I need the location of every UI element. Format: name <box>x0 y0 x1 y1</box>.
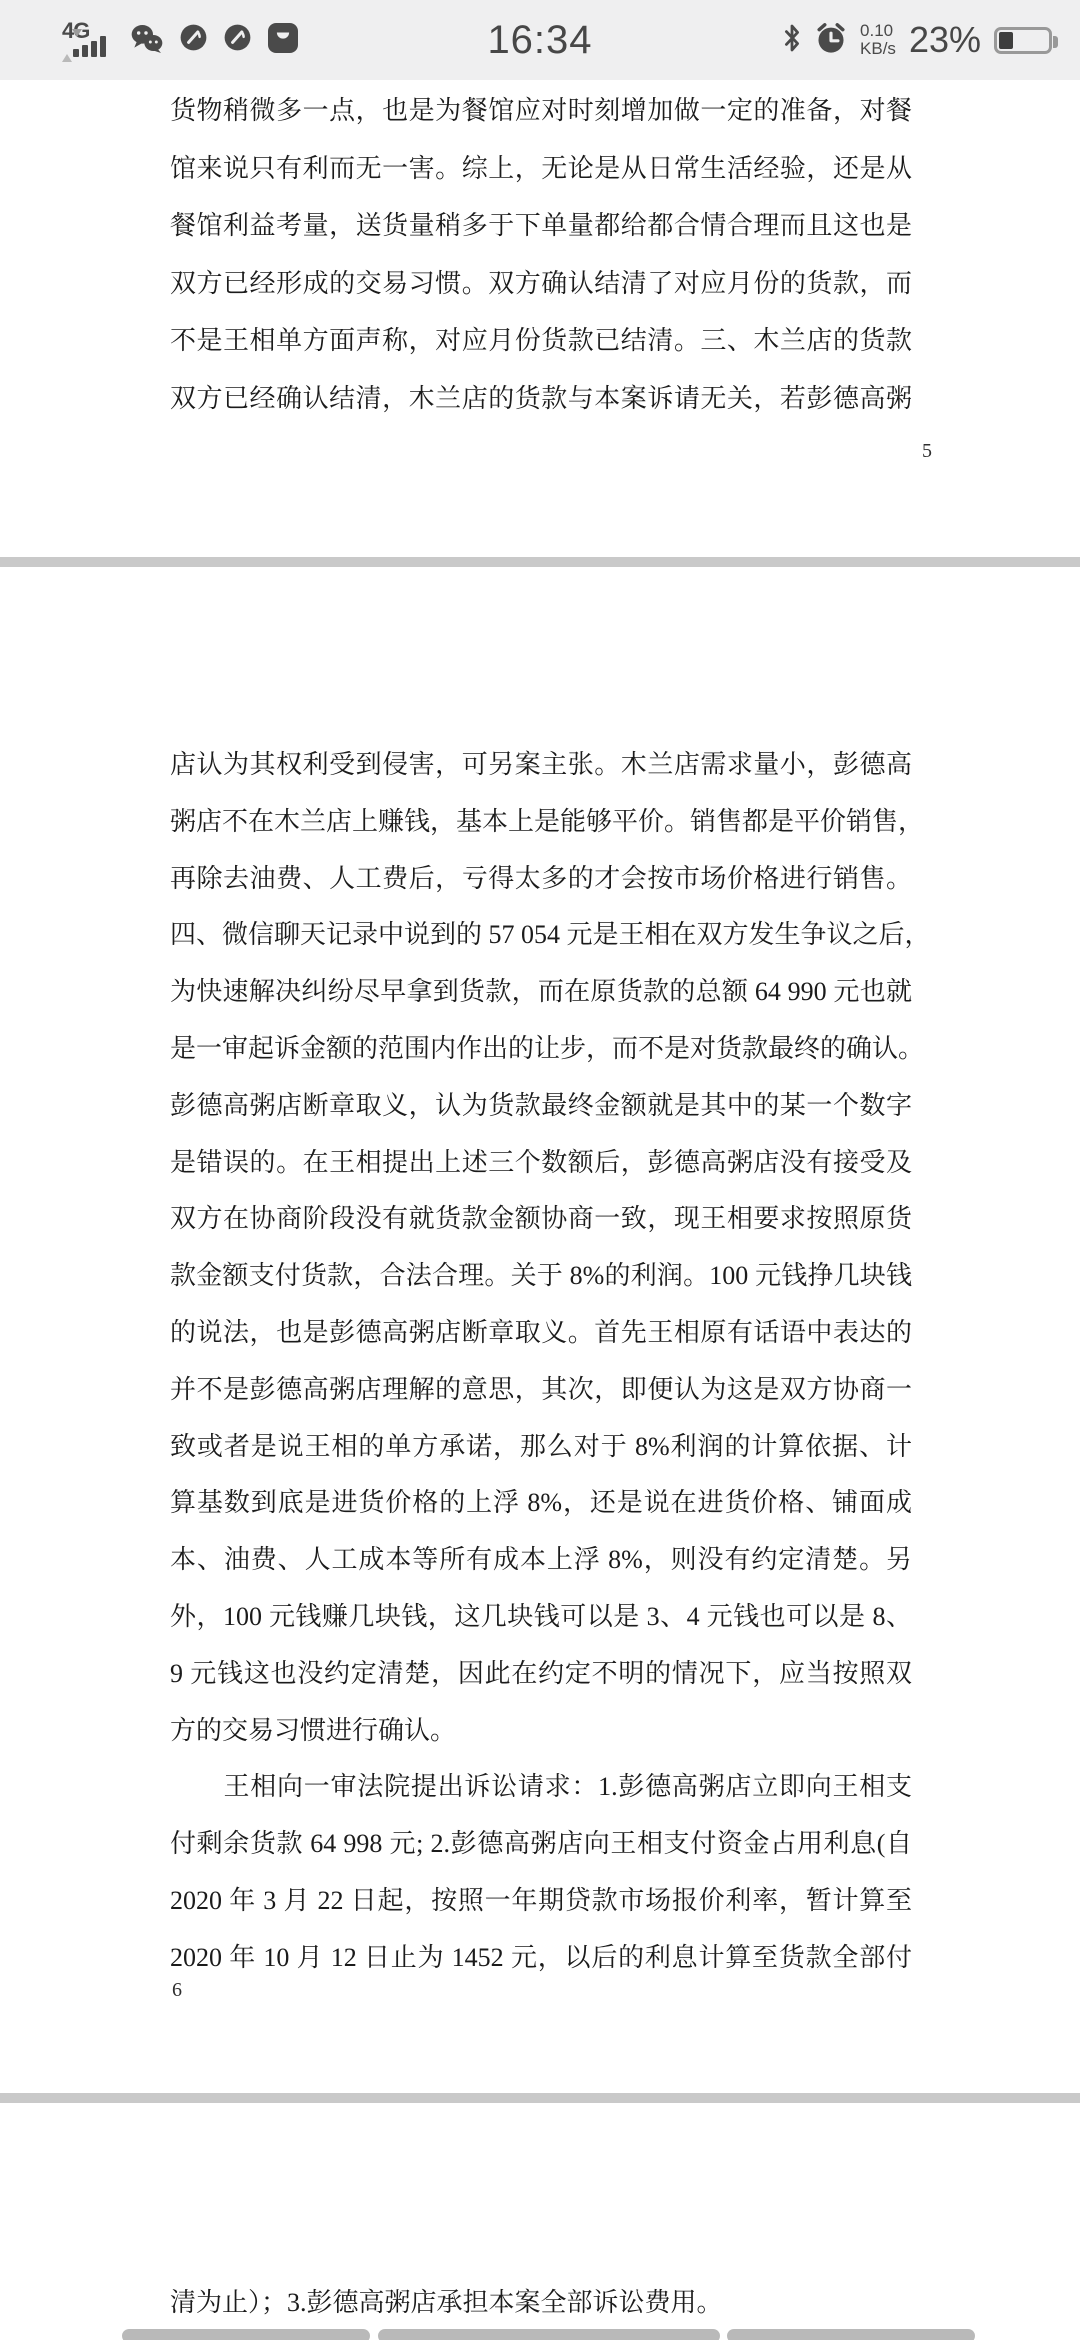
page-separator-2 <box>0 2093 1080 2103</box>
text-line: 店认为其权利受到侵害，可另案主张。木兰店需求量小，彭德高 <box>170 737 912 794</box>
document-page-6[interactable]: 店认为其权利受到侵害，可另案主张。木兰店需求量小，彭德高粥店不在木兰店上赚钱，基… <box>0 567 1080 2093</box>
text-line: 双方在协商阶段没有就货款金额协商一致，现王相要求按照原货 <box>170 1191 912 1248</box>
text-line: 再除去油费、人工费后，亏得太多的才会按市场价格进行销售。 <box>170 851 912 908</box>
text-line: 9 元钱这也没约定清楚，因此在约定不明的情况下，应当按照双 <box>170 1646 912 1703</box>
battery-icon <box>994 27 1052 54</box>
text-line: 清为止）；3.彭德高粥店承担本案全部诉讼费用。 <box>170 2276 912 2330</box>
table-cell-top-2 <box>378 2329 720 2340</box>
text-line: 方的交易习惯进行确认。 <box>170 1703 912 1760</box>
page-separator <box>0 557 1080 567</box>
bluetooth-icon <box>782 22 802 59</box>
text-line: 并不是彭德高粥店理解的意思，其次，即便认为这是双方协商一 <box>170 1362 912 1419</box>
text-line: 是错误的。在王相提出上述三个数额后，彭德高粥店没有接受及 <box>170 1135 912 1192</box>
page-number-5: 5 <box>922 440 932 463</box>
text-line: 馆来说只有利而无一害。综上，无论是从日常生活经验，还是从 <box>170 140 912 198</box>
text-line: 款金额支付货款，合法合理。关于 8%的利润。100 元钱挣几块钱 <box>170 1248 912 1305</box>
battery-percent-label: 23% <box>909 19 981 61</box>
text-line: 付剩余货款 64 998 元; 2.彭德高粥店向王相支付资金占用利息(自 <box>170 1816 912 1873</box>
text-line: 餐馆利益考量，送货量稍多于下单量都给都合情合理而且这也是 <box>170 197 912 255</box>
network-speed: 0.10 KB/s <box>860 22 896 58</box>
text-line: 的说法，也是彭德高粥店断章取义。首先王相原有话语中表达的 <box>170 1305 912 1362</box>
text-line: 货物稍微多一点，也是为餐馆应对时刻增加做一定的准备，对餐 <box>170 82 912 140</box>
page-7-text: 清为止）；3.彭德高粥店承担本案全部诉讼费用。 <box>170 2276 912 2330</box>
page-5-text: 货物稍微多一点，也是为餐馆应对时刻增加做一定的准备，对餐馆来说只有利而无一害。综… <box>170 82 912 428</box>
battery-fill <box>999 32 1013 49</box>
document-viewer[interactable]: 货物稍微多一点，也是为餐馆应对时刻增加做一定的准备，对餐馆来说只有利而无一害。综… <box>0 80 1080 2340</box>
network-speed-unit: KB/s <box>860 40 896 58</box>
text-line: 彭德高粥店断章取义，认为货款最终金额就是其中的某一个数字 <box>170 1078 912 1135</box>
table-cell-top-3 <box>727 2329 975 2340</box>
battery-nub <box>1053 36 1058 48</box>
text-line: 为快速解决纠纷尽早拿到货款，而在原货款的总额 64 990 元也就 <box>170 964 912 1021</box>
text-line: 粥店不在木兰店上赚钱，基本上是能够平价。销售都是平价销售， <box>170 794 912 851</box>
table-cell-top-1 <box>122 2329 370 2340</box>
phone-screen: 4G <box>0 0 1080 2340</box>
page-6-text: 店认为其权利受到侵害，可另案主张。木兰店需求量小，彭德高粥店不在木兰店上赚钱，基… <box>170 737 912 1987</box>
text-line: 本、油费、人工成本等所有成本上浮 8%，则没有约定清楚。另 <box>170 1532 912 1589</box>
network-speed-value: 0.10 <box>860 22 893 40</box>
text-line: 双方已经形成的交易习惯。双方确认结清了对应月份的货款，而 <box>170 255 912 313</box>
text-line: 王相向一审法院提出诉讼请求：1.彭德高粥店立即向王相支 <box>170 1759 912 1816</box>
clock-time: 16:34 <box>487 18 592 63</box>
text-line: 不是王相单方面声称，对应月份货款已结清。三、木兰店的货款 <box>170 312 912 370</box>
document-page-7[interactable]: 清为止）；3.彭德高粥店承担本案全部诉讼费用。 <box>0 2103 1080 2340</box>
document-page-5[interactable]: 货物稍微多一点，也是为餐馆应对时刻增加做一定的准备，对餐馆来说只有利而无一害。综… <box>0 80 1080 557</box>
text-line: 2020 年 10 月 12 日止为 1452 元，以后的利息计算至货款全部付 <box>170 1930 912 1987</box>
text-line: 是一审起诉金额的范围内作出的让步，而不是对货款最终的确认。 <box>170 1021 912 1078</box>
text-line: 致或者是说王相的单方承诺，那么对于 8%利润的计算依据、计 <box>170 1419 912 1476</box>
text-line: 外，100 元钱赚几块钱，这几块钱可以是 3、4 元钱也可以是 8、 <box>170 1589 912 1646</box>
alarm-clock-icon <box>815 22 847 59</box>
status-bar[interactable]: 4G <box>0 0 1080 80</box>
text-line: 2020 年 3 月 22 日起，按照一年期贷款市场报价利率，暂计算至 <box>170 1873 912 1930</box>
page-number-6: 6 <box>172 1979 182 2002</box>
status-bar-right: 0.10 KB/s 23% <box>782 0 1058 80</box>
text-line: 四、微信聊天记录中说到的 57 054 元是王相在双方发生争议之后， <box>170 907 912 964</box>
text-line: 双方已经确认结清，木兰店的货款与本案诉请无关，若彭德高粥 <box>170 370 912 428</box>
text-line: 算基数到底是进货价格的上浮 8%，还是说在进货价格、铺面成 <box>170 1475 912 1532</box>
